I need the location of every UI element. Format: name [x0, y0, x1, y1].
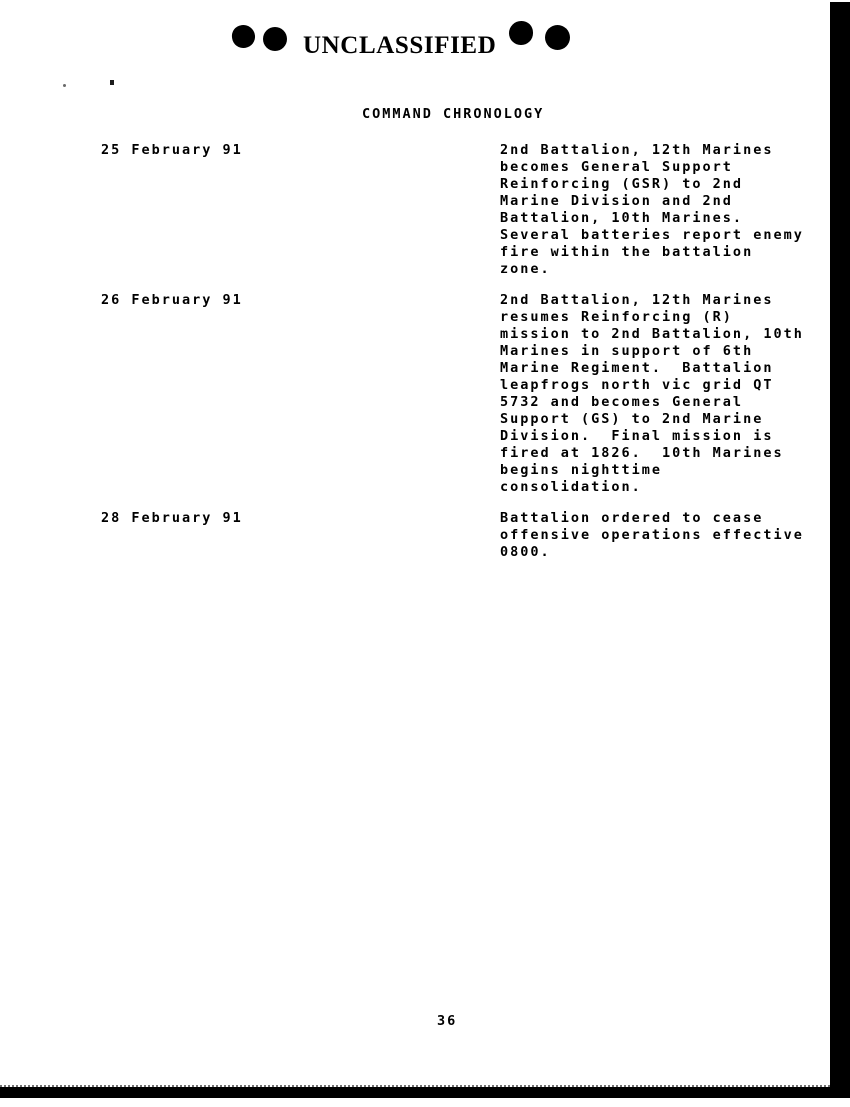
scan-speck — [110, 80, 114, 85]
document-title: COMMAND CHRONOLOGY — [362, 106, 544, 123]
stamp-dot-icon — [231, 24, 257, 50]
chronology-entries: 25 February 912nd Battalion, 12th Marine… — [0, 142, 830, 575]
chronology-entry: 25 February 912nd Battalion, 12th Marine… — [0, 142, 830, 278]
entry-body: 2nd Battalion, 12th Marines becomes Gene… — [500, 142, 820, 278]
entry-date: 25 February 91 — [101, 142, 243, 159]
entry-date: 26 February 91 — [101, 292, 243, 309]
stamp-dot-icon — [509, 21, 533, 45]
scan-artifact-bottom-bar — [0, 1087, 850, 1098]
entry-date: 28 February 91 — [101, 510, 243, 527]
scanned-document-page: UNCLASSIFIED COMMAND CHRONOLOGY 25 Febru… — [0, 0, 850, 1107]
page-number: 36 — [437, 1013, 457, 1030]
scan-artifact-right-bar — [830, 2, 850, 1096]
entry-body: Battalion ordered to cease offensive ope… — [500, 510, 820, 561]
scan-speck — [63, 84, 66, 87]
chronology-entry: 26 February 912nd Battalion, 12th Marine… — [0, 292, 830, 496]
chronology-entry: 28 February 91Battalion ordered to cease… — [0, 510, 830, 561]
entry-body: 2nd Battalion, 12th Marines resumes Rein… — [500, 292, 820, 496]
stamp-dot-icon — [545, 25, 570, 50]
stamp-dot-icon — [263, 27, 287, 51]
classification-label: UNCLASSIFIED — [303, 33, 496, 58]
